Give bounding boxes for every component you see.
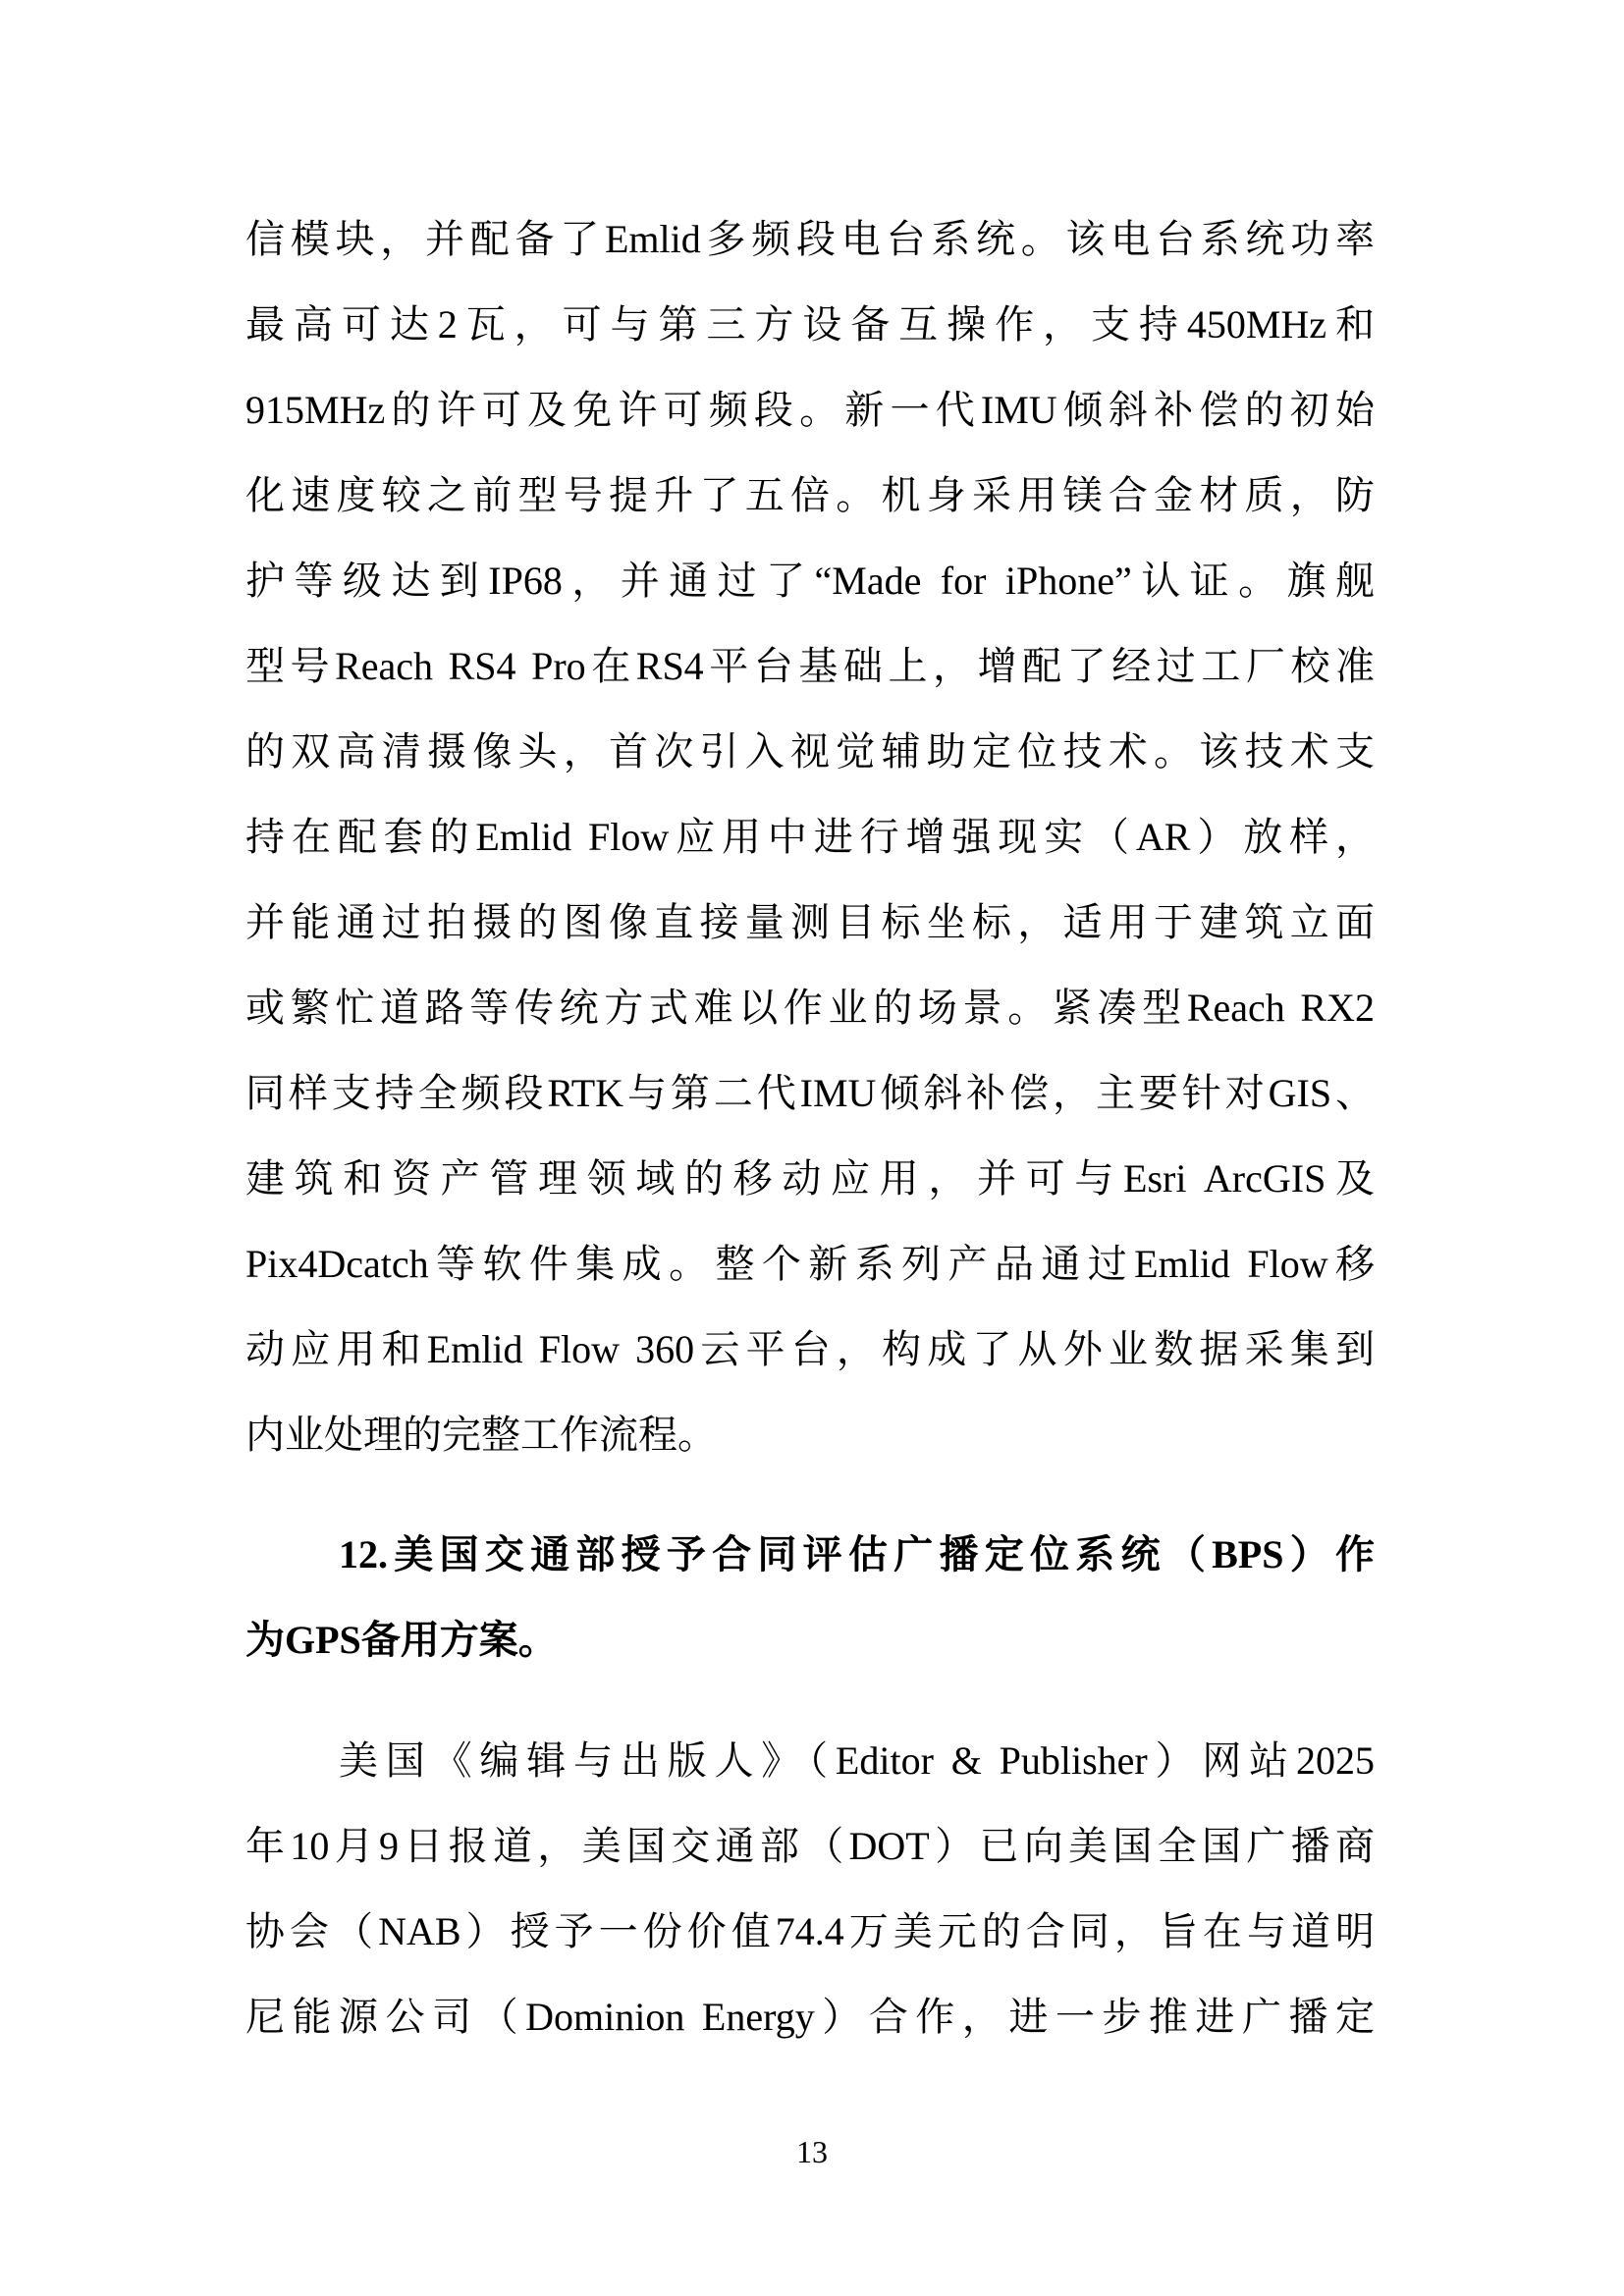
paragraph-line: 内业处理的完整工作流程。 <box>245 1392 1375 1477</box>
paragraph-line: 持在配套的Emlid Flow应用中进行增强现实（AR）放样， <box>245 794 1375 880</box>
section-heading-line: 为GPS备用方案。 <box>245 1597 1375 1682</box>
paragraph-line: 护等级达到IP68，并通过了“Made for iPhone”认证。旗舰 <box>245 538 1375 623</box>
paragraph-line: 915MHz的许可及免许可频段。新一代IMU倾斜补偿的初始 <box>245 367 1375 453</box>
page-number: 13 <box>0 2132 1624 2171</box>
paragraph-line: 尼能源公司（Dominion Energy）合作，进一步推进广播定 <box>245 1974 1375 2059</box>
paragraph-line: 美国《编辑与出版人》（Editor & Publisher）网站2025 <box>245 1718 1375 1803</box>
paragraph-line: 同样支持全频段RTK与第二代IMU倾斜补偿，主要针对GIS、 <box>245 1050 1375 1136</box>
section-heading-line: 12.美国交通部授予合同评估广播定位系统（BPS）作 <box>245 1512 1375 1597</box>
paragraph-line: Pix4Dcatch等软件集成。整个新系列产品通过Emlid Flow移 <box>245 1221 1375 1307</box>
paragraph-line: 最高可达2瓦，可与第三方设备互操作，支持450MHz和 <box>245 282 1375 367</box>
paragraph-line: 年10月9日报道，美国交通部（DOT）已向美国全国广播商 <box>245 1803 1375 1889</box>
paragraph-line: 化速度较之前型号提升了五倍。机身采用镁合金材质，防 <box>245 453 1375 538</box>
paragraph-line: 信模块，并配备了Emlid多频段电台系统。该电台系统功率 <box>245 196 1375 282</box>
paragraph-continuation: 信模块，并配备了Emlid多频段电台系统。该电台系统功率 最高可达2瓦，可与第三… <box>245 196 1375 1477</box>
section-heading: 12.美国交通部授予合同评估广播定位系统（BPS）作 为GPS备用方案。 <box>245 1512 1375 1682</box>
paragraph-line: 动应用和Emlid Flow 360云平台，构成了从外业数据采集到 <box>245 1307 1375 1392</box>
paragraph-line: 型号Reach RS4 Pro在RS4平台基础上，增配了经过工厂校准 <box>245 623 1375 709</box>
paragraph-line: 的双高清摄像头，首次引入视觉辅助定位技术。该技术支 <box>245 709 1375 794</box>
paragraph-line: 或繁忙道路等传统方式难以作业的场景。紧凑型Reach RX2 <box>245 965 1375 1050</box>
page-body: 信模块，并配备了Emlid多频段电台系统。该电台系统功率 最高可达2瓦，可与第三… <box>245 196 1375 2059</box>
document-page: 信模块，并配备了Emlid多频段电台系统。该电台系统功率 最高可达2瓦，可与第三… <box>0 0 1624 2296</box>
paragraph-news: 美国《编辑与出版人》（Editor & Publisher）网站2025 年10… <box>245 1718 1375 2059</box>
paragraph-line: 并能通过拍摄的图像直接量测目标坐标，适用于建筑立面 <box>245 880 1375 965</box>
paragraph-line: 协会（NAB）授予一份价值74.4万美元的合同，旨在与道明 <box>245 1889 1375 1974</box>
paragraph-line: 建筑和资产管理领域的移动应用，并可与Esri ArcGIS及 <box>245 1136 1375 1221</box>
